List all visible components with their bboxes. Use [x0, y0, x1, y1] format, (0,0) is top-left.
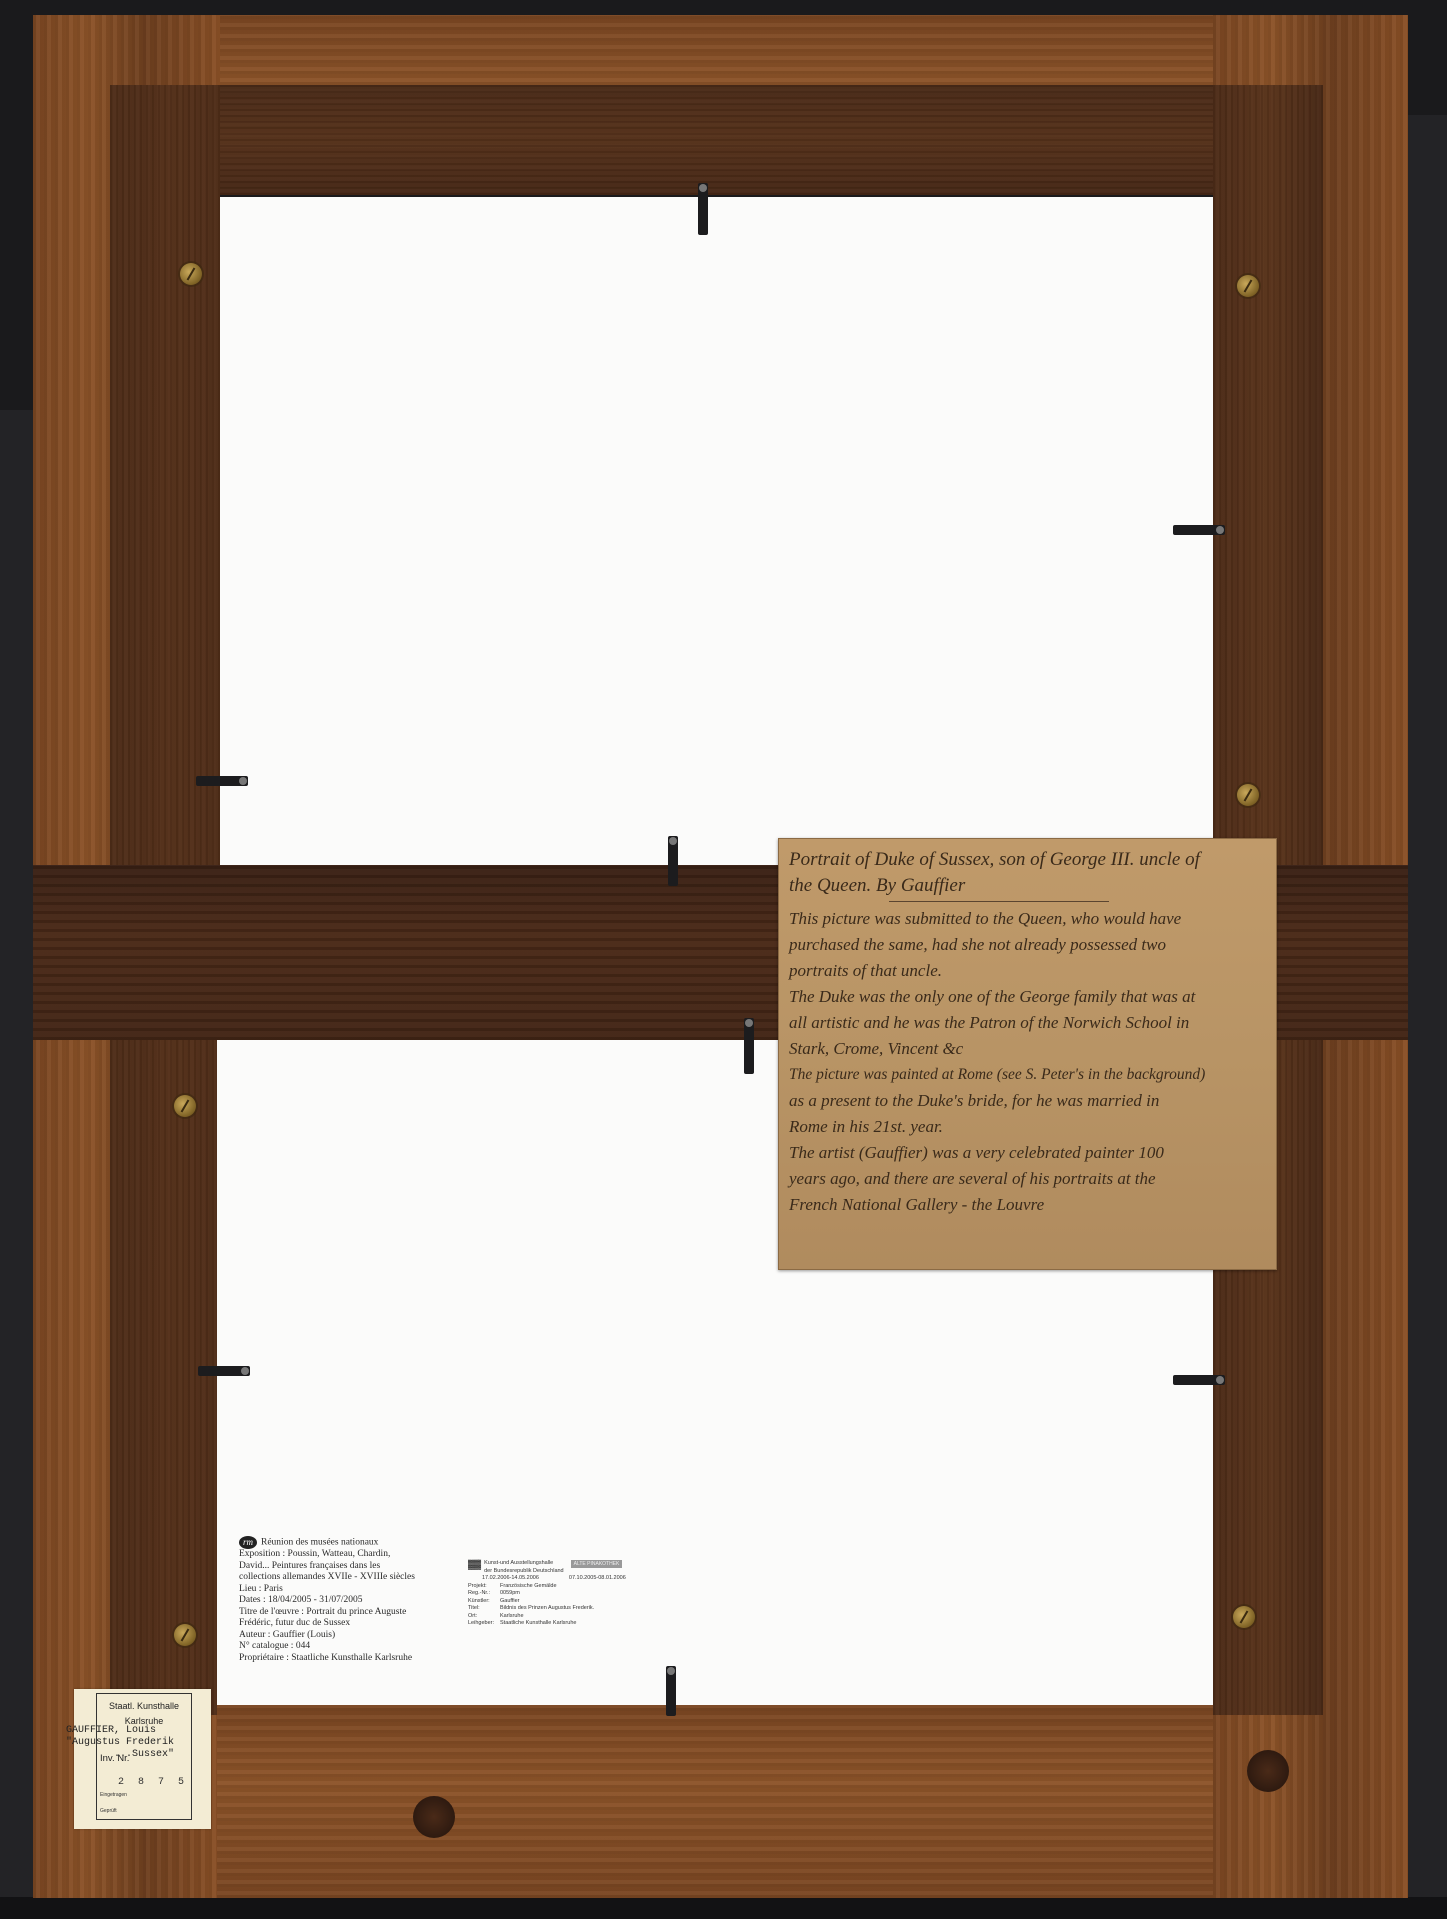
note-line: purchased the same, had she not already …	[789, 932, 1266, 958]
bonn-value: Staatliche Kunsthalle Karlsruhe	[500, 1620, 576, 1628]
rmn-line: Titre de l'œuvre : Portrait du prince Au…	[239, 1607, 454, 1619]
note-line: years ago, and there are several of his …	[789, 1166, 1266, 1192]
rmn-line: Lieu : Paris	[239, 1584, 454, 1596]
note-line: as a present to the Duke's bride, for he…	[789, 1088, 1266, 1114]
bonn-value: Bildnis des Prinzen Augustus Frederik.	[500, 1605, 594, 1613]
note-line: The picture was painted at Rome (see S. …	[789, 1062, 1266, 1088]
bonn-key: Projekt:	[468, 1583, 500, 1591]
mounting-clip-icon	[196, 776, 248, 786]
bonn-key: Künstler:	[468, 1598, 500, 1606]
handwritten-provenance-note: Portrait of Duke of Sussex, son of Georg…	[778, 838, 1277, 1270]
mounting-clip-icon	[666, 1666, 676, 1716]
rmn-line: Auteur : Gauffier (Louis)	[239, 1630, 454, 1642]
rmn-line: Dates : 18/04/2005 - 31/07/2005	[239, 1595, 454, 1607]
mounting-clip-icon	[744, 1018, 754, 1074]
bonn-key: Titel:	[468, 1605, 500, 1613]
rmn-logo-icon: rm	[239, 1536, 257, 1549]
note-divider	[889, 901, 1109, 902]
note-title-line2: the Queen. By Gauffier	[789, 873, 1266, 899]
eingetragen-label: Eingetragen	[100, 1792, 127, 1798]
bonn-institution-2: der Bundesrepublik Deutschland	[484, 1568, 564, 1576]
geprueft-label: Geprüft	[100, 1808, 117, 1814]
wood-knot	[413, 1796, 455, 1838]
wood-knot	[1247, 1750, 1289, 1792]
mounting-clip-icon	[668, 836, 678, 886]
brass-screw-icon	[174, 1624, 196, 1646]
mounting-clip-icon	[1173, 1375, 1225, 1385]
mounting-clip-icon	[698, 183, 708, 235]
brass-screw-icon	[174, 1095, 196, 1117]
note-line: Stark, Crome, Vincent &c	[789, 1036, 1266, 1062]
bonn-logo-icon: ▓▓	[468, 1560, 481, 1569]
brass-screw-icon	[1237, 784, 1259, 806]
frame-top-inner	[220, 85, 1213, 195]
bonn-dates-left: 17.02.2006-14.05.2006	[482, 1575, 539, 1583]
note-line: all artistic and he was the Patron of th…	[789, 1010, 1266, 1036]
note-line: This picture was submitted to the Queen,…	[789, 906, 1266, 932]
mounting-clip-icon	[198, 1366, 250, 1376]
bonn-key: Ort:	[468, 1613, 500, 1621]
bonn-institution-1: Kunst-und Ausstellungshalle	[484, 1560, 564, 1568]
note-line: The artist (Gauffier) was a very celebra…	[789, 1140, 1266, 1166]
rmn-line: David... Peintures françaises dans les	[239, 1561, 454, 1573]
backdrop-right	[1407, 115, 1447, 1919]
brass-screw-icon	[180, 263, 202, 285]
bonn-value: 0059pm	[500, 1590, 520, 1598]
note-line: French National Gallery - the Louvre	[789, 1192, 1266, 1218]
canvas-panel-upper	[220, 197, 1213, 865]
brass-screw-icon	[1233, 1606, 1255, 1628]
rmn-line: N° catalogue : 044	[239, 1641, 454, 1653]
backdrop-bottom	[0, 1897, 1447, 1919]
backdrop-left	[0, 410, 35, 1919]
bonn-key: Reg.-Nr.:	[468, 1590, 500, 1598]
rmn-line: Réunion des musées nationaux	[261, 1538, 378, 1548]
inv-nr-label: Inv. Nr.	[100, 1753, 129, 1764]
pinakothek-badge: ALTE PINAKOTHEK	[571, 1560, 623, 1568]
bonn-value: Karlsruhe	[500, 1613, 524, 1621]
inventory-number: 2 8 7 5	[118, 1777, 188, 1788]
rmn-line: Propriétaire : Staatliche Kunsthalle Kar…	[239, 1653, 454, 1665]
rmn-line: collections allemandes XVIIe - XVIIIe si…	[239, 1572, 454, 1584]
frame-bottom-rail	[217, 1705, 1213, 1898]
bonn-value: Gauffier	[500, 1598, 519, 1606]
bonn-value: Französische Gemälde	[500, 1583, 557, 1591]
brass-screw-icon	[1237, 275, 1259, 297]
bonn-dates-right: 07.10.2005-08.01.2006	[569, 1575, 626, 1583]
rmn-line: Frédéric, futur duc de Sussex	[239, 1618, 454, 1630]
kunsthalle-inventory-label: Staatl. Kunsthalle Karlsruhe GAUFFIER, L…	[74, 1689, 211, 1829]
bonn-exhibition-label: ▓▓ Kunst-und Ausstellungshalle der Bunde…	[468, 1560, 648, 1628]
rmn-line: Exposition : Poussin, Watteau, Chardin,	[239, 1549, 454, 1561]
bonn-key: Leihgeber:	[468, 1620, 500, 1628]
note-line: Rome in his 21st. year.	[789, 1114, 1266, 1140]
note-line: The Duke was the only one of the George …	[789, 984, 1266, 1010]
note-title-line1: Portrait of Duke of Sussex, son of Georg…	[789, 847, 1266, 873]
note-line: portraits of that uncle.	[789, 958, 1266, 984]
rmn-exhibition-label: rmRéunion des musées nationaux Expositio…	[239, 1536, 454, 1664]
mounting-clip-icon	[1173, 525, 1225, 535]
